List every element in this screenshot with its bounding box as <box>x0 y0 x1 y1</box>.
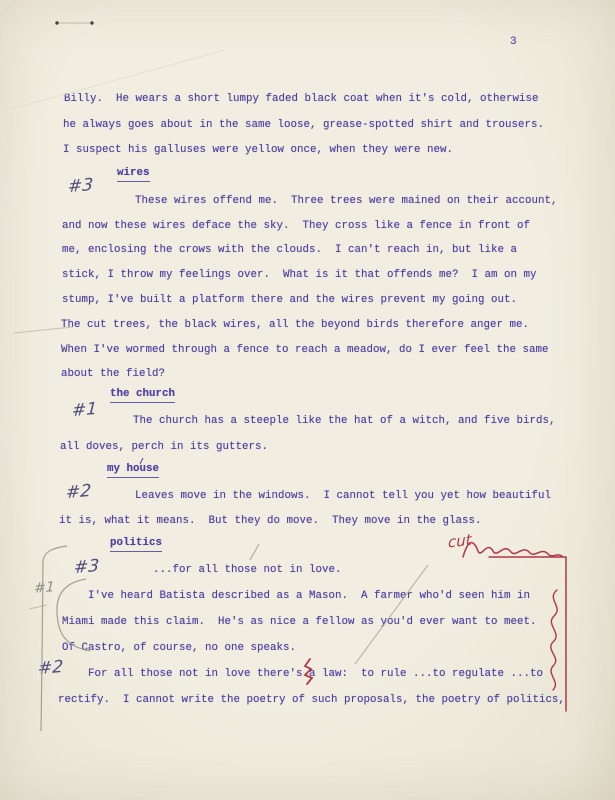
handwritten-number-mark: #2 <box>65 481 91 503</box>
handwritten-number-mark: #2 <box>37 657 63 679</box>
section-heading: wires <box>117 167 150 182</box>
typed-line: about the field? <box>61 368 165 381</box>
red-scribble <box>463 543 563 557</box>
typed-line: all doves, perch in its gutters. <box>60 441 268 454</box>
typed-line: The cut trees, the black wires, all the … <box>61 319 529 332</box>
section-heading: politics <box>110 537 162 552</box>
typed-line: stick, I throw my feelings over. What is… <box>62 269 536 282</box>
typed-line: me, enclosing the crows with the clouds.… <box>62 244 517 257</box>
typed-line: The church has a steeple like the hat of… <box>133 415 555 428</box>
pencil-slash-not <box>250 544 259 560</box>
pencil-bracket-curved <box>57 579 90 651</box>
section-heading: my house <box>107 463 159 478</box>
page-number: 3 <box>510 36 517 48</box>
typed-line: I've heard Batista described as a Mason.… <box>88 590 530 603</box>
handwritten-number-mark: #3 <box>73 556 99 578</box>
handwritten-number-mark: #3 <box>67 175 93 197</box>
typed-line: When I've wormed through a fence to reac… <box>61 344 548 357</box>
handwritten-number-mark: #1 <box>33 579 55 597</box>
typed-line: These wires offend me. Three trees were … <box>135 195 557 208</box>
red-wavy-squiggle <box>551 590 557 690</box>
pencil-diagonal-line <box>355 565 428 664</box>
typed-line: it is, what it means. But they do move. … <box>59 515 481 528</box>
pencil-dash-small <box>29 605 47 609</box>
red-cut-annotation: cut <box>448 531 472 552</box>
typed-line: I suspect his galluses were yellow once,… <box>63 144 453 157</box>
section-heading: the church <box>110 388 175 403</box>
typed-line: and now these wires deface the sky. They… <box>62 220 530 233</box>
manuscript-page: 3 Billy. He wears a short lumpy faded bl… <box>0 0 615 800</box>
handwritten-number-mark: #1 <box>71 399 97 421</box>
typed-line: Leaves move in the windows. I cannot tel… <box>135 490 551 503</box>
typed-line: rectify. I cannot write the poetry of su… <box>58 694 565 707</box>
typed-line: For all those not in love there's a law:… <box>88 668 543 681</box>
typed-line: he always goes about in the same loose, … <box>63 119 544 132</box>
typed-line: ...for all those not in love. <box>153 564 341 577</box>
typed-line: Of Castro, of course, no one speaks. <box>62 642 296 655</box>
red-margin-line <box>489 557 566 711</box>
typed-line: stump, I've built a platform there and t… <box>62 294 517 307</box>
staple-marks <box>55 21 93 24</box>
typed-line: Billy. He wears a short lumpy faded blac… <box>64 93 538 106</box>
typed-line: Miami made this claim. He's as nice a fe… <box>62 616 536 629</box>
